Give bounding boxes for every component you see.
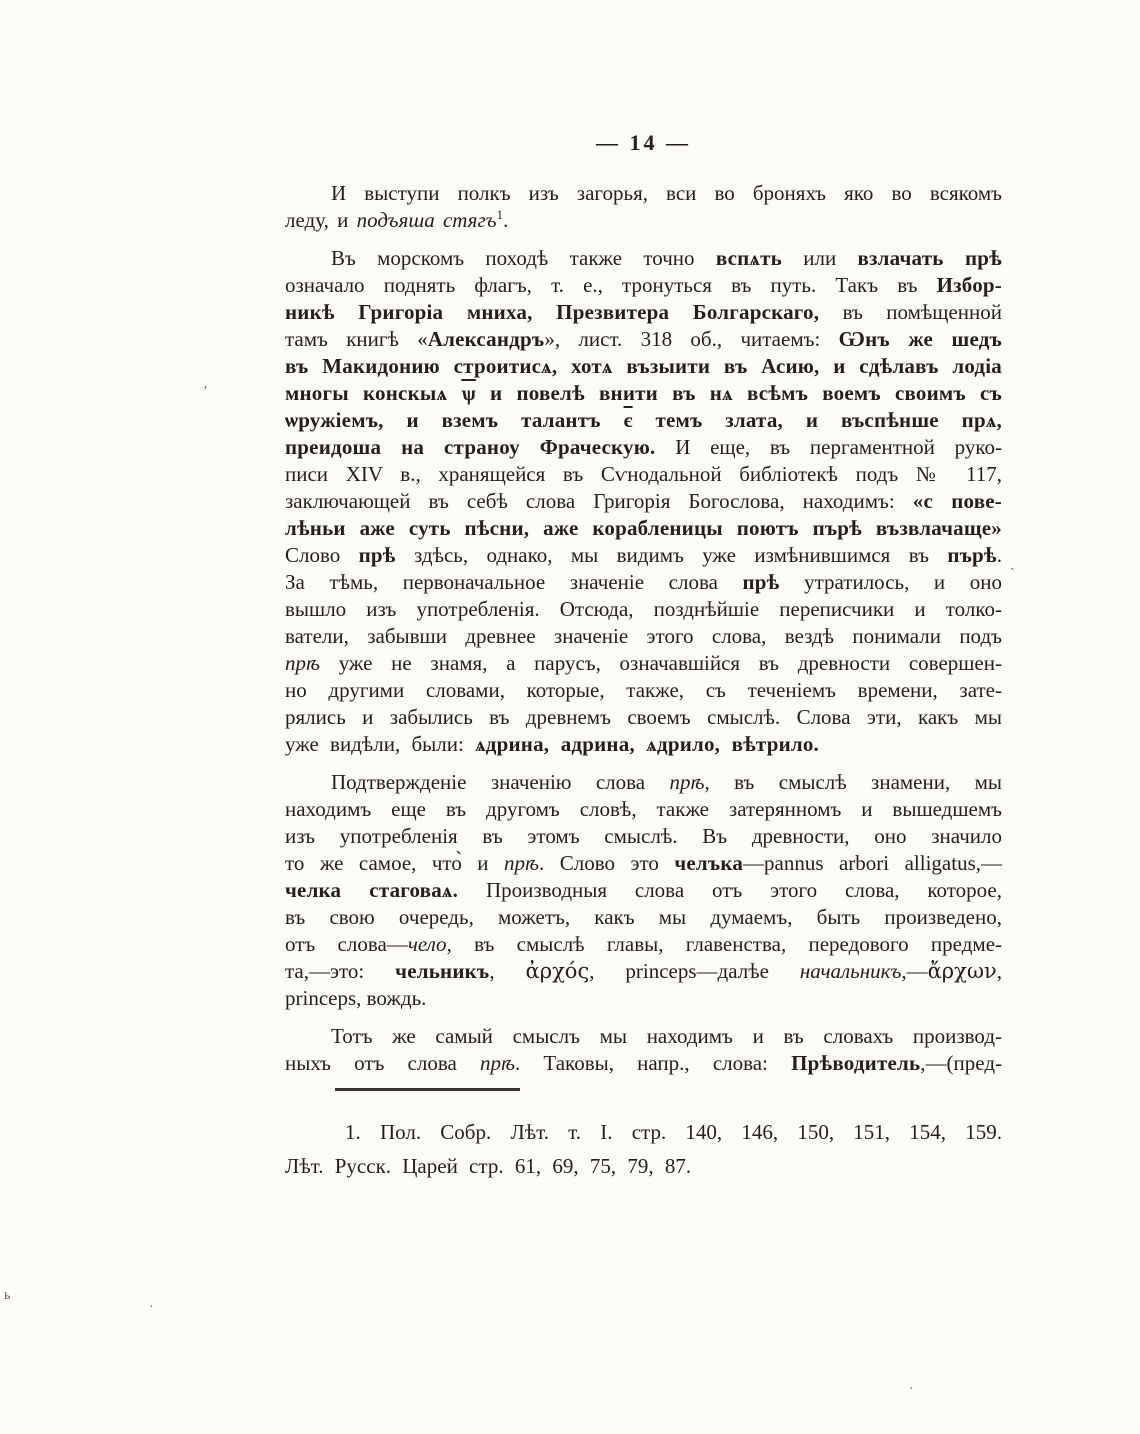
text-line: многы конскыѧ ѱ и повелѣ внити въ нѧ всѣ… — [285, 380, 1002, 407]
paragraph: И выступи полкъ изъ загорья, вси во брон… — [285, 180, 1002, 234]
text-segment: здѣсь, однако, мы видимъ уже измѣнившимс… — [396, 543, 948, 567]
text-segment: ,—(пред- — [920, 1051, 1002, 1075]
paragraph: Тотъ же самый смыслъ мы находимъ и въ сл… — [285, 1023, 1002, 1077]
text-segment: вышло изъ употребленія. Отсюда, позднѣйш… — [285, 597, 1002, 621]
text-segment: въ помѣщенной — [819, 300, 1002, 324]
text-segment: или — [782, 246, 858, 270]
text-line: означало поднять флагъ, т. е., тронуться… — [285, 272, 1002, 299]
text-segment: и повелѣ внити въ нѧ всѣмъ воемъ своимъ … — [476, 381, 1002, 405]
text-segment: писи XIV в., хранящейся въ Сѵнодальной б… — [285, 462, 1002, 486]
text-segment: princeps — [625, 959, 696, 983]
footnote-rule — [335, 1088, 520, 1091]
text-segment: но другими словами, которые, также, съ т… — [285, 678, 1002, 702]
text-line: Подтвержденіе значенію слова прѣ, въ смы… — [285, 769, 1002, 796]
scan-speck: · — [909, 1382, 914, 1398]
text-segment: є — [624, 408, 633, 432]
text-line: вышло изъ употребленія. Отсюда, позднѣйш… — [285, 596, 1002, 623]
text-segment: чельникъ — [395, 959, 489, 983]
text-segment: Ѡнъ же шедъ — [839, 327, 1002, 351]
text-segment: темъ злата, и въспѣнше прѧ, — [633, 408, 1002, 432]
text-segment: подъяша стягъ — [357, 208, 497, 232]
text-segment: За тѣмь, первоначальное значеніе слова — [285, 570, 743, 594]
text-segment: прѣ — [480, 1051, 515, 1075]
text-segment: princeps — [285, 986, 356, 1010]
text-line: то же самое, что̀ и прѣ. Слово это челък… — [285, 850, 1002, 877]
text-segment: уже видѣли, были: — [285, 732, 475, 756]
text-line: Въ морскомъ походѣ также точно вспѧть ил… — [285, 245, 1002, 272]
text-line: уже видѣли, были: ѧдрина, адрина, ѧдрило… — [285, 731, 1002, 758]
text-segment: Избор- — [937, 273, 1002, 297]
text-segment: ἄρχων — [928, 959, 997, 983]
text-segment: , — [589, 959, 625, 983]
footnote: 1. Пол. Собр. Лѣт. т. I. стр. 140, 146, … — [285, 1088, 1002, 1183]
text-segment: , вождь. — [356, 986, 426, 1010]
text-segment: pannus arbori alligatus — [764, 851, 976, 875]
text-line: ѡружіемъ, и вземъ талантъ є темъ злата, … — [285, 407, 1002, 434]
text-block: И выступи полкъ изъ загорья, вси во брон… — [285, 180, 1002, 1183]
book-page-scan: — 14 — И выступи полкъ изъ загорья, вси … — [0, 0, 1140, 1434]
text-line: прѣ уже не знамя, а парусъ, означавшійся… — [285, 650, 1002, 677]
text-line: но другими словами, которые, также, съ т… — [285, 677, 1002, 704]
text-segment: въ свою очередь, можетъ, какъ мы думаемъ… — [285, 905, 1002, 929]
paragraph: Подтвержденіе значенію слова прѣ, въ смы… — [285, 769, 1002, 1012]
text-line: За тѣмь, первоначальное значеніе слова п… — [285, 569, 1002, 596]
paragraph: Въ морскомъ походѣ также точно вспѧть ил… — [285, 245, 1002, 758]
text-segment: леду, и — [285, 208, 357, 232]
text-segment: прѣ — [504, 851, 539, 875]
text-segment: И еще, въ пергаментной руко- — [655, 435, 1002, 459]
text-segment: та,—это: — [285, 959, 395, 983]
scan-speck: ь — [4, 1288, 10, 1304]
text-segment: находимъ еще въ другомъ словѣ, также зат… — [285, 797, 1002, 821]
text-segment: Слово — [285, 543, 359, 567]
text-segment: взлачать прѣ — [857, 246, 1002, 270]
text-line: Лѣт. Русск. Царей стр. 61, 69, 75, 79, 8… — [285, 1149, 1002, 1183]
text-segment: . — [503, 208, 508, 232]
text-segment: Въ морскомъ походѣ также точно — [331, 246, 716, 270]
text-segment: , въ смыслѣ главы, главенства, передовог… — [447, 932, 1002, 956]
text-segment: преидоша на страноу Фраческую. — [285, 435, 655, 459]
text-segment: . Слово это — [539, 851, 674, 875]
text-segment: ныхъ отъ слова — [285, 1051, 480, 1075]
text-segment: Тотъ же самый смыслъ мы находимъ и въ сл… — [331, 1024, 1002, 1048]
text-segment: , — [489, 959, 525, 983]
text-segment: », лист. 318 об., читаемъ: — [544, 327, 838, 351]
text-line: преидоша на страноу Фраческую. И еще, въ… — [285, 434, 1002, 461]
text-segment: прѣ — [669, 770, 704, 794]
text-line: тамъ книгѣ «Александръ», лист. 318 об., … — [285, 326, 1002, 353]
text-line: Тотъ же самый смыслъ мы находимъ и въ сл… — [285, 1023, 1002, 1050]
text-segment: «с пове- — [913, 489, 1002, 513]
text-line: леду, и подъяша стягъ1. — [285, 207, 1002, 234]
text-line: рялись и забылись въ древнемъ своемъ смы… — [285, 704, 1002, 731]
text-segment: ,— — [901, 959, 927, 983]
text-segment: отъ слова— — [285, 932, 408, 956]
text-segment: заключающей въ себѣ слова Григорія Богос… — [285, 489, 913, 513]
page-number: — 14 — — [285, 130, 1002, 156]
text-segment: ватели, забывши древнее значеніе этого с… — [285, 624, 1002, 648]
text-line: И выступи полкъ изъ загорья, вси во брон… — [285, 180, 1002, 207]
text-segment: начальникъ — [800, 959, 902, 983]
text-line: отъ слова—чело, въ смыслѣ главы, главенс… — [285, 931, 1002, 958]
text-line: въ свою очередь, можетъ, какъ мы думаемъ… — [285, 904, 1002, 931]
scan-speck: · — [149, 1300, 154, 1316]
text-segment: ,— — [976, 851, 1002, 875]
text-segment: Александръ — [428, 327, 545, 351]
text-segment: — — [743, 851, 764, 875]
text-segment: Лѣт. Русск. Царей стр. 61, 69, 75, 79, 8… — [285, 1154, 691, 1178]
text-line: 1. Пол. Собр. Лѣт. т. I. стр. 140, 146, … — [285, 1115, 1002, 1149]
text-line: Слово прѣ здѣсь, однако, мы видимъ уже и… — [285, 542, 1002, 569]
text-line: та,—это: чельникъ, ἀρχός, princeps—далѣе… — [285, 958, 1002, 985]
text-segment: лѣньи аже суть пѣсни, аже корабленицы по… — [285, 516, 1002, 540]
text-line: въ Макидонию строитисѧ, хотѧ възыити въ … — [285, 353, 1002, 380]
scan-speck: ʼ — [203, 384, 208, 400]
text-line: ныхъ отъ слова прѣ. Таковы, напр., слова… — [285, 1050, 1002, 1077]
scan-speck: ˏ — [1010, 556, 1015, 572]
text-segment: —далѣе — [697, 959, 800, 983]
text-segment: Прѣводитель — [791, 1051, 920, 1075]
text-line: ватели, забывши древнее значеніе этого с… — [285, 623, 1002, 650]
text-segment: утратилось, и оно — [779, 570, 1002, 594]
text-segment: 1. Пол. Собр. Лѣт. т. I. стр. 140, 146, … — [345, 1120, 1002, 1144]
text-segment: ѱ — [461, 381, 475, 405]
text-segment: то же самое, что̀ и — [285, 851, 504, 875]
text-segment: ѧдрина, адрина, ѧдрило, вѣтрило. — [475, 732, 819, 756]
text-segment: прѣ — [743, 570, 780, 594]
text-segment: Производныя слова отъ этого слова, котор… — [458, 878, 1002, 902]
text-segment: означало поднять флагъ, т. е., тронуться… — [285, 273, 937, 297]
text-segment: челка стаговаѧ. — [285, 878, 458, 902]
text-line: находимъ еще въ другомъ словѣ, также зат… — [285, 796, 1002, 823]
text-segment: , въ смыслѣ знамени, мы — [705, 770, 1003, 794]
text-segment: въ Макидонию строитисѧ, хотѧ възыити въ … — [285, 354, 1002, 378]
text-segment: никѣ Григоріа мниха, Презвитера Болгарск… — [285, 300, 819, 324]
text-line: челка стаговаѧ. Производныя слова отъ эт… — [285, 877, 1002, 904]
footnote-lines: 1. Пол. Собр. Лѣт. т. I. стр. 140, 146, … — [285, 1115, 1002, 1183]
text-line: писи XIV в., хранящейся въ Сѵнодальной б… — [285, 461, 1002, 488]
text-line: лѣньи аже суть пѣсни, аже корабленицы по… — [285, 515, 1002, 542]
text-segment: прѣ — [359, 543, 396, 567]
text-segment: челъка — [674, 851, 743, 875]
text-segment: вспѧть — [716, 246, 782, 270]
text-segment: . Таковы, напр., слова: — [515, 1051, 791, 1075]
text-segment: ѡружіемъ, и вземъ талантъ — [285, 408, 624, 432]
text-segment: И выступи полкъ изъ загорья, вси во брон… — [331, 181, 1002, 205]
text-segment: тамъ книгѣ « — [285, 327, 428, 351]
text-segment: многы конскыѧ — [285, 381, 461, 405]
text-line: princeps, вождь. — [285, 985, 1002, 1012]
text-line: заключающей въ себѣ слова Григорія Богос… — [285, 488, 1002, 515]
text-segment: ἀρχός — [526, 959, 590, 983]
text-segment: , — [997, 959, 1002, 983]
text-segment: уже не знамя, а парусъ, означавшійся въ … — [320, 651, 1002, 675]
text-segment: чело — [408, 932, 447, 956]
text-segment: прѣ — [285, 651, 320, 675]
text-segment: . — [997, 543, 1002, 567]
text-line: никѣ Григоріа мниха, Презвитера Болгарск… — [285, 299, 1002, 326]
text-segment: пърѣ — [947, 543, 996, 567]
text-segment: Подтвержденіе значенію слова — [331, 770, 669, 794]
text-segment: рялись и забылись въ древнемъ своемъ смы… — [285, 705, 1002, 729]
text-line: изъ употребленія въ этомъ смыслѣ. Въ дре… — [285, 823, 1002, 850]
text-segment: изъ употребленія въ этомъ смыслѣ. Въ дре… — [285, 824, 1002, 848]
